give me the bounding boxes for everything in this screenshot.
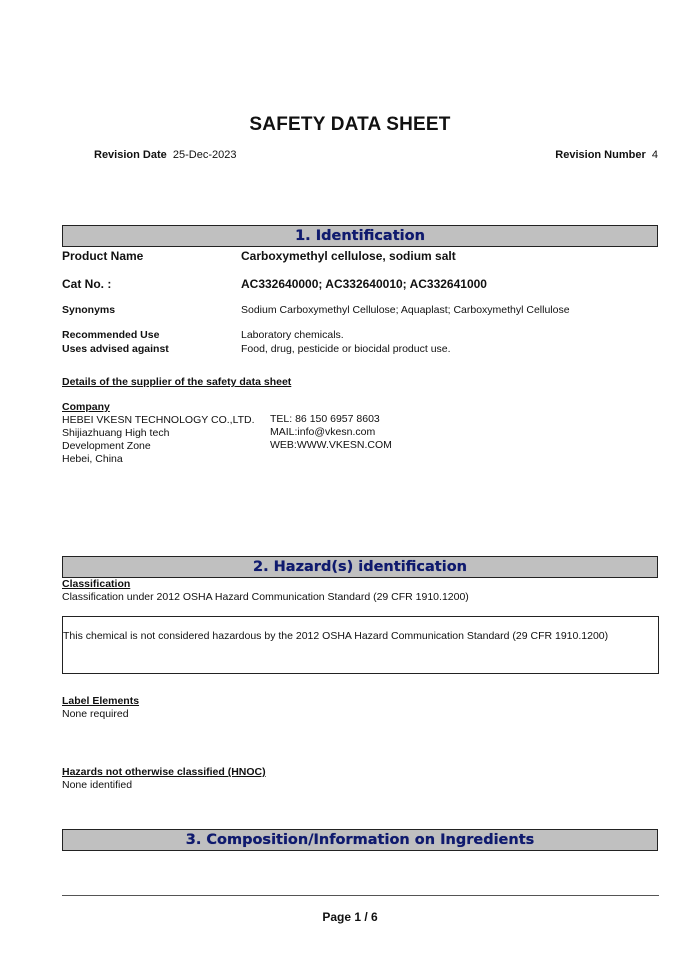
- page-number: Page 1 / 6: [0, 910, 700, 924]
- hnoc-label: Hazards not otherwise classified (HNOC): [62, 766, 266, 778]
- uses-against-value: Food, drug, pesticide or biocidal produc…: [241, 343, 451, 355]
- classification-text: Classification under 2012 OSHA Hazard Co…: [62, 591, 469, 604]
- product-name-label: Product Name: [62, 249, 143, 263]
- synonyms-label: Synonyms: [62, 304, 115, 316]
- product-name-value: Carboxymethyl cellulose, sodium salt: [241, 249, 456, 263]
- contact-website[interactable]: WEB:WWW.VKESN.COM: [270, 439, 392, 452]
- revision-number: Revision Number 4: [555, 149, 658, 161]
- recommended-use-value: Laboratory chemicals.: [241, 329, 344, 341]
- classification-label: Classification: [62, 578, 130, 590]
- company-label: Company: [62, 401, 110, 413]
- supplier-heading: Details of the supplier of the safety da…: [62, 376, 291, 388]
- revision-date: Revision Date 25-Dec-2023: [94, 149, 236, 161]
- company-line: Shijiazhuang High tech: [62, 427, 255, 440]
- hnoc-text: None identified: [62, 779, 132, 792]
- hazard-statement-text: This chemical is not considered hazardou…: [63, 617, 658, 643]
- uses-against-label: Uses advised against: [62, 343, 169, 355]
- company-line: Development Zone: [62, 440, 255, 453]
- document-title: SAFETY DATA SHEET: [0, 114, 700, 136]
- company-contact: TEL: 86 150 6957 8603 MAIL:info@vkesn.co…: [270, 413, 392, 452]
- label-elements-label: Label Elements: [62, 695, 139, 707]
- revision-number-label: Revision Number: [555, 149, 645, 161]
- revision-number-value: 4: [652, 149, 658, 161]
- contact-email[interactable]: MAIL:info@vkesn.com: [270, 426, 392, 439]
- label-elements-text: None required: [62, 708, 129, 721]
- cat-no-label: Cat No. :: [62, 277, 111, 291]
- footer-divider: [62, 895, 659, 896]
- synonyms-value: Sodium Carboxymethyl Cellulose; Aquaplas…: [241, 304, 570, 316]
- hazard-statement-box: This chemical is not considered hazardou…: [62, 616, 659, 674]
- contact-phone: TEL: 86 150 6957 8603: [270, 413, 392, 426]
- section-3-header: 3. Composition/Information on Ingredient…: [62, 829, 658, 851]
- revision-date-label: Revision Date: [94, 149, 167, 161]
- company-line: HEBEI VKESN TECHNOLOGY CO.,LTD.: [62, 414, 255, 427]
- cat-no-value: AC332640000; AC332640010; AC332641000: [241, 277, 487, 291]
- company-address: HEBEI VKESN TECHNOLOGY CO.,LTD. Shijiazh…: [62, 414, 255, 466]
- company-line: Hebei, China: [62, 453, 255, 466]
- revision-date-value: 25-Dec-2023: [173, 149, 237, 161]
- section-2-header: 2. Hazard(s) identification: [62, 556, 658, 578]
- recommended-use-label: Recommended Use: [62, 329, 159, 341]
- section-1-header: 1. Identification: [62, 225, 658, 247]
